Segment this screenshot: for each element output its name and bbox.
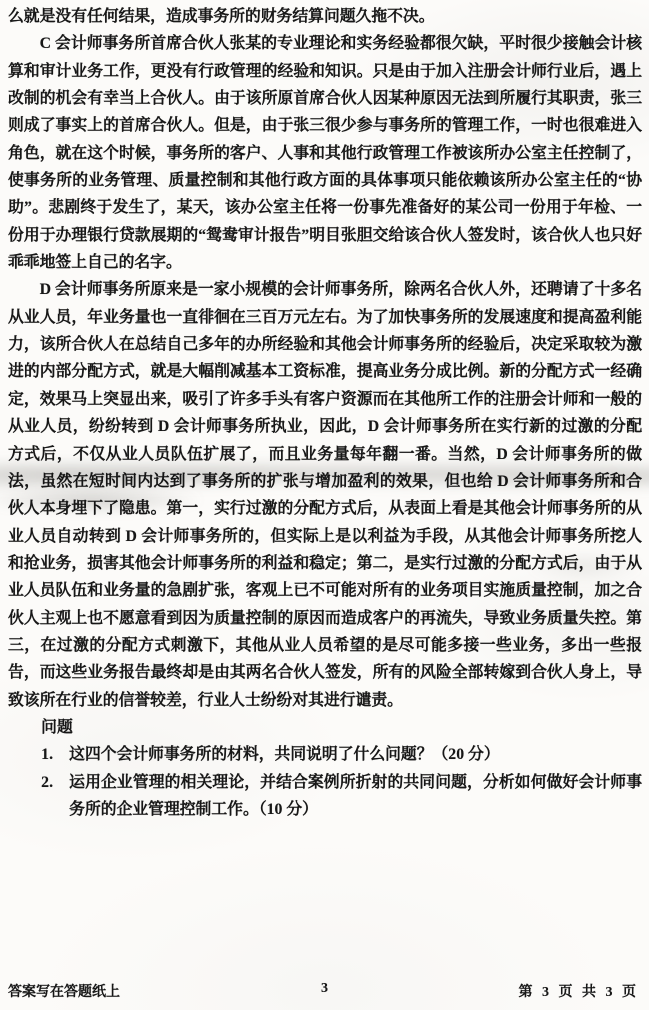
page-number: 3 bbox=[321, 981, 328, 997]
questions-heading: 问题 bbox=[41, 714, 642, 741]
paragraph-firm-c: C 会计师事务所首席合伙人张某的专业理论和实务经验都很欠缺，平时很少接触会计核算… bbox=[8, 30, 642, 276]
question-item-1: 1. 这四个会计师事务所的材料，共同说明了什么问题？（20 分） bbox=[41, 741, 642, 768]
footer-answer-note: 答案写在答题纸上 bbox=[8, 981, 120, 1001]
page-footer: 答案写在答题纸上 3 第 3 页 共 3 页 bbox=[0, 981, 649, 1001]
question-number: 2. bbox=[41, 769, 69, 824]
case-study-text: 么就是没有任何结果，造成事务所的财务结算问题久拖不决。 C 会计师事务所首席合伙… bbox=[8, 3, 642, 823]
question-number: 1. bbox=[41, 741, 69, 768]
question-item-2: 2. 运用企业管理的相关理论，并结合案例所折射的共同问题，分析如何做好会计师事务… bbox=[41, 769, 642, 824]
question-text: 运用企业管理的相关理论，并结合案例所折射的共同问题，分析如何做好会计师事务所的企… bbox=[69, 769, 642, 824]
page-count: 第 3 页 共 3 页 bbox=[519, 981, 640, 1001]
paragraph-firm-d: D 会计师事务所原来是一家小规模的会计师事务所，除两名合伙人外，还聘请了十多名从… bbox=[8, 276, 642, 714]
question-text: 这四个会计师事务所的材料，共同说明了什么问题？（20 分） bbox=[69, 741, 642, 768]
scanned-exam-page: 么就是没有任何结果，造成事务所的财务结算问题久拖不决。 C 会计师事务所首席合伙… bbox=[0, 0, 649, 1010]
paragraph-continuation: 么就是没有任何结果，造成事务所的财务结算问题久拖不决。 bbox=[8, 3, 642, 30]
